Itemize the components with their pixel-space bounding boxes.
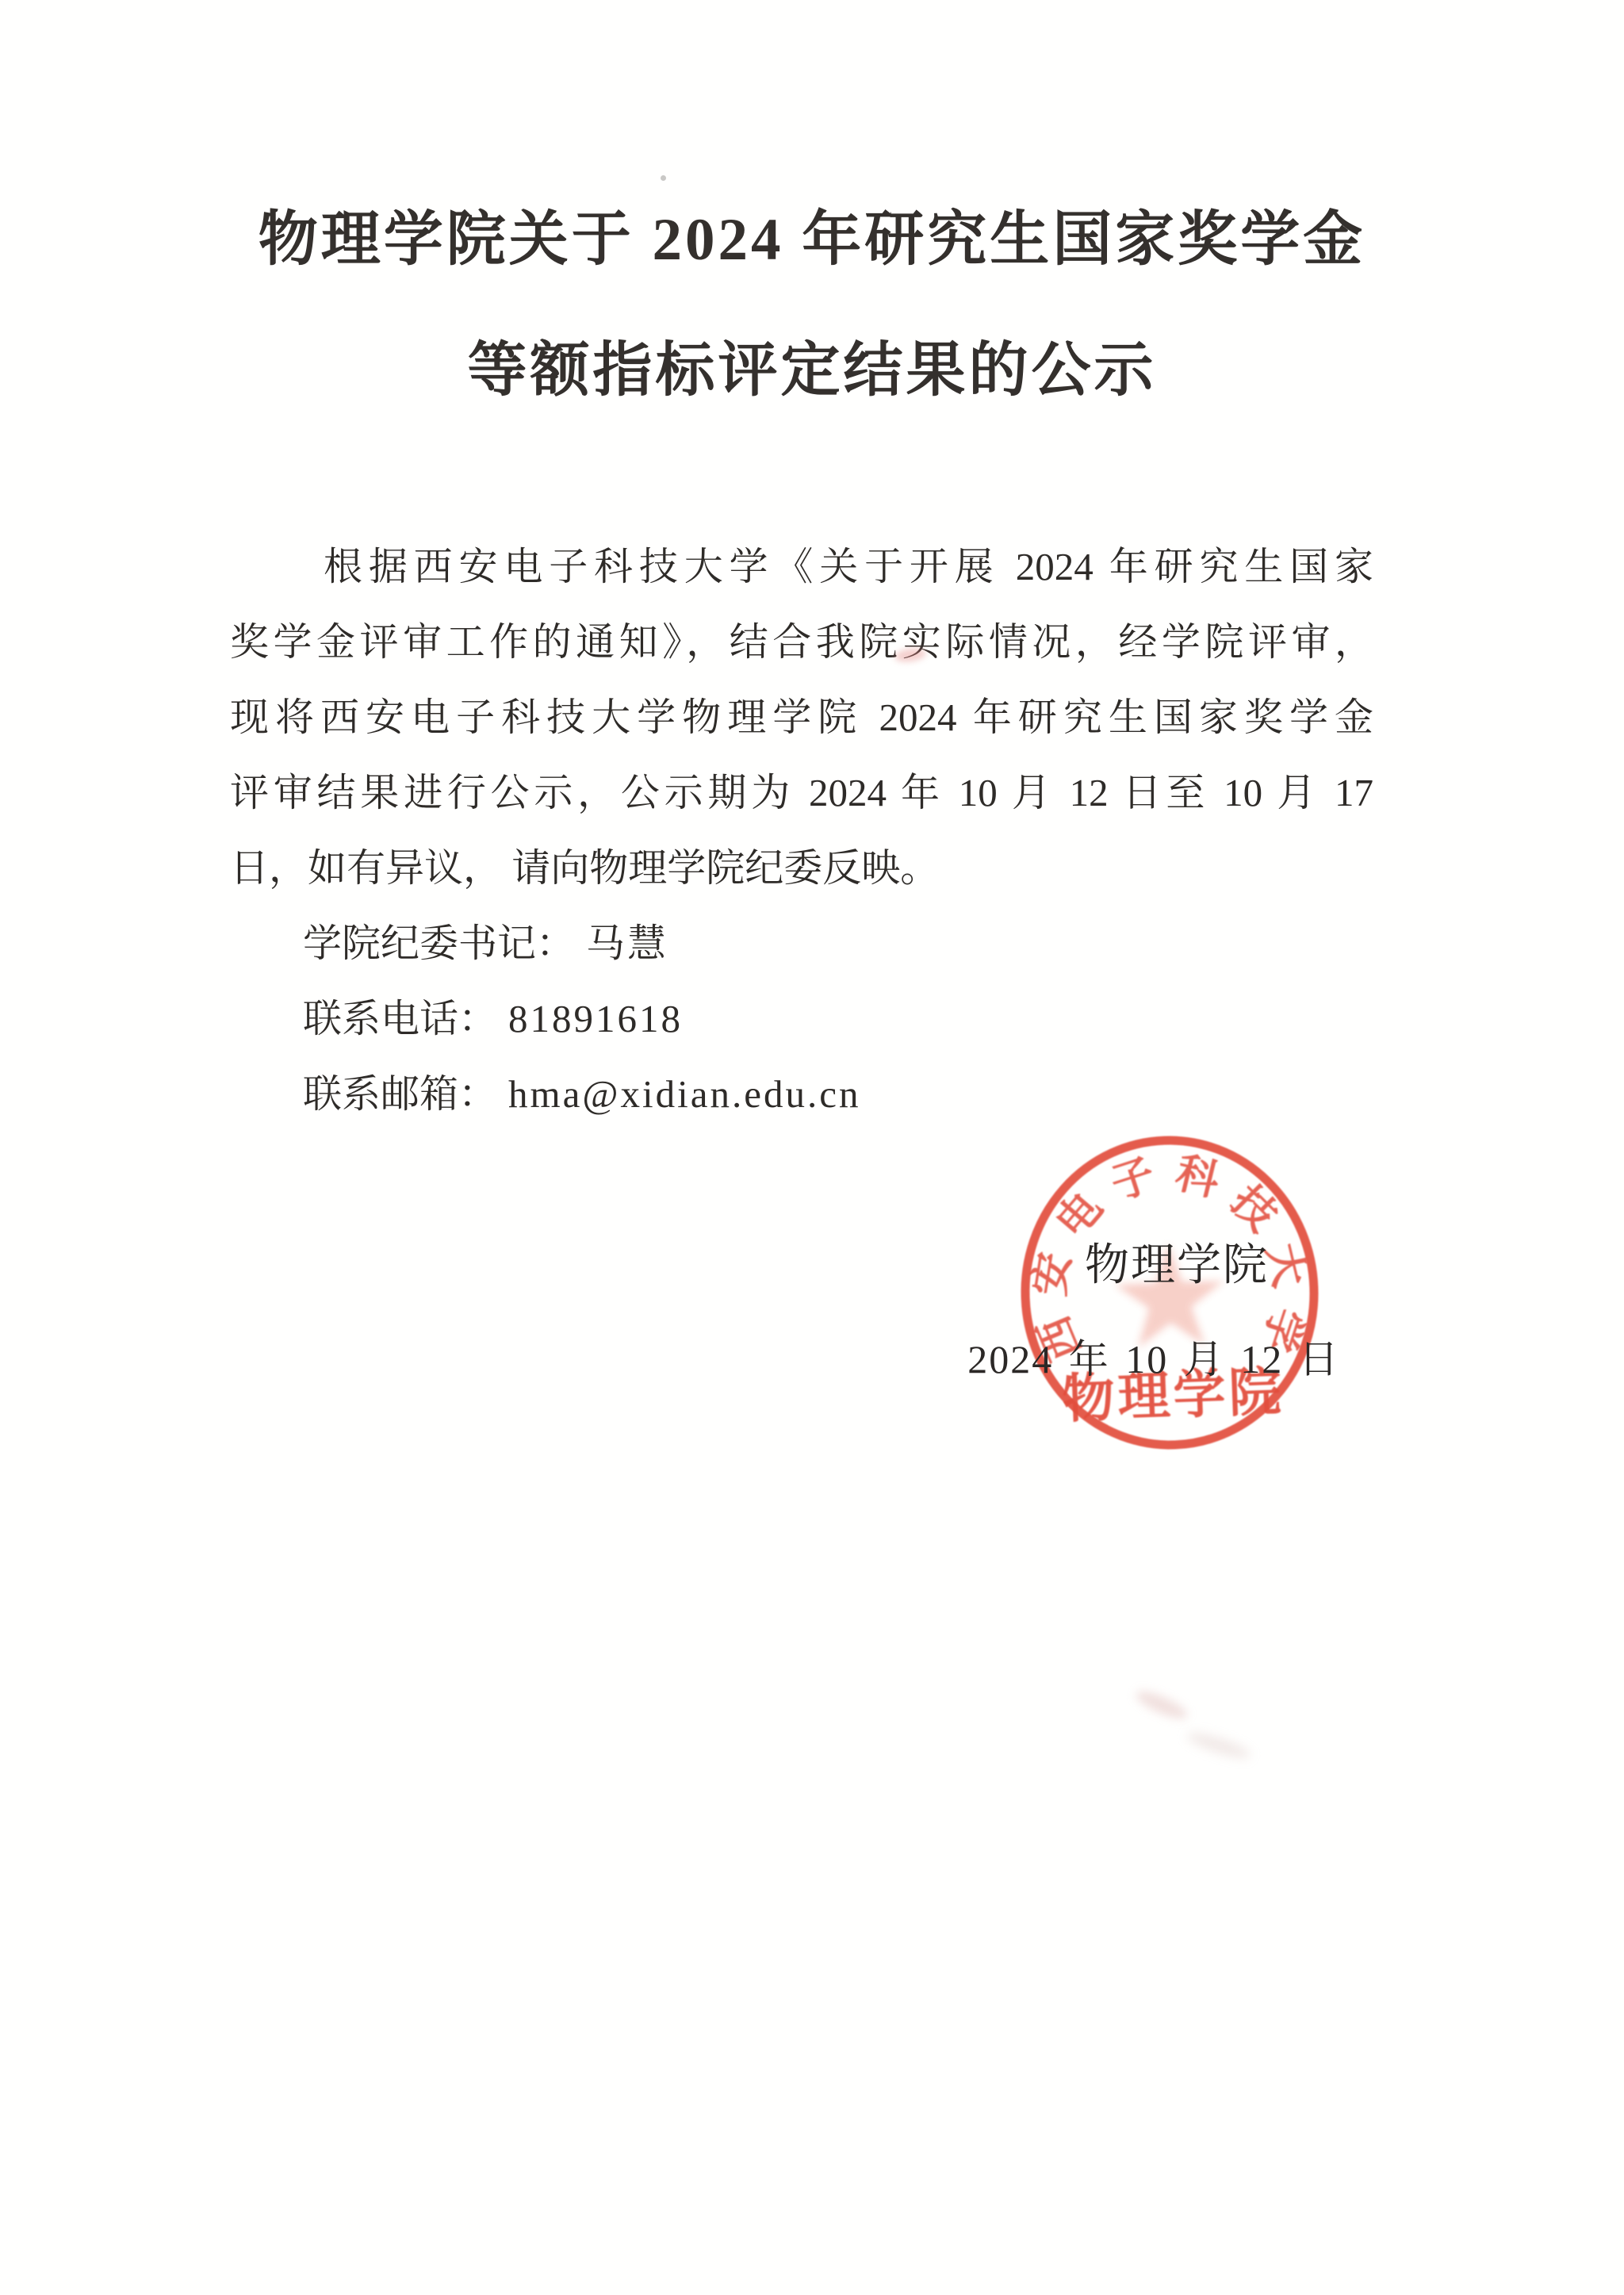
contact-phone-label: 联系电话： bbox=[303, 997, 497, 1040]
paragraph-line: 日，如有异议， 请向物理学院纪委反映。 bbox=[230, 830, 1373, 906]
ink-smudge bbox=[1185, 1728, 1252, 1762]
document-page: 物理学院关于 2024 年研究生国家奖学金 等额指标评定结果的公示 根据西安电子… bbox=[0, 0, 1624, 2295]
contact-secretary-label: 学院纪委书记： bbox=[303, 921, 575, 965]
contact-phone-line: 联系电话：81891618 bbox=[230, 981, 1446, 1056]
official-seal-stamp: 西安电子科技大学 物理学院 bbox=[1010, 1128, 1331, 1456]
page-title-line-2: 等额指标评定结果的公示 bbox=[0, 335, 1624, 407]
signature-organization: 物理学院 bbox=[939, 1242, 1415, 1289]
paragraph-line: 奖学金评审工作的通知》，结合我院实际情况，经学院评审， bbox=[230, 604, 1373, 680]
contact-email-line: 联系邮箱：hma@xidian.edu.cn bbox=[230, 1056, 1446, 1132]
scan-speck bbox=[661, 175, 666, 181]
body-text: 根据西安电子科技大学《关于开展 2024 年研究生国家 奖学金评审工作的通知》，… bbox=[230, 529, 1373, 1132]
ink-smudge bbox=[1133, 1687, 1190, 1724]
contact-secretary-line: 学院纪委书记：马慧 bbox=[230, 906, 1446, 981]
signature-date: 2024 年 10 月 12 日 bbox=[916, 1337, 1392, 1381]
paragraph-line: 评审结果进行公示，公示期为 2024 年 10 月 12 日至 10 月 17 bbox=[230, 755, 1373, 830]
contact-email-label: 联系邮箱： bbox=[303, 1072, 497, 1116]
contact-secretary-value: 马慧 bbox=[586, 921, 668, 965]
contact-email-value: hma@xidian.edu.cn bbox=[508, 1072, 860, 1116]
page-title-line-1: 物理学院关于 2024 年研究生国家奖学金 bbox=[0, 205, 1624, 276]
paragraph-line: 现将西安电子科技大学物理学院 2024 年研究生国家奖学金 bbox=[230, 680, 1373, 755]
paragraph-line: 根据西安电子科技大学《关于开展 2024 年研究生国家 bbox=[230, 529, 1373, 604]
contact-phone-value: 81891618 bbox=[508, 997, 683, 1040]
